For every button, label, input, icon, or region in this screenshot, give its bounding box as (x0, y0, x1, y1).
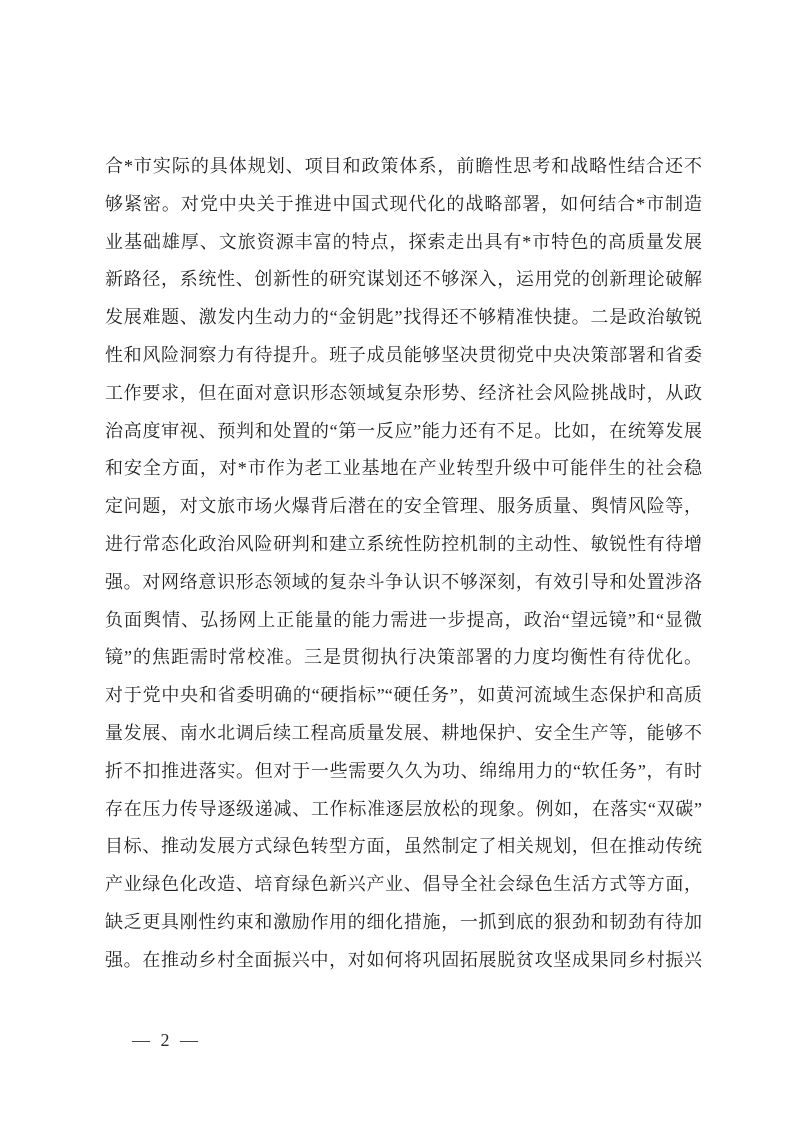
document-page: 合*市实际的具体规划、项目和政策体系，前瞻性思考和战略性结合还不够紧密。对党中央… (0, 0, 793, 1122)
document-body: 合*市实际的具体规划、项目和政策体系，前瞻性思考和战略性结合还不够紧密。对党中央… (105, 148, 702, 980)
text-line: 负面舆情、弘扬网上正能量的能力需进一步提高，政治“望远镜”和“显微 (105, 602, 702, 640)
text-line: 进行常态化政治风险研判和建立系统性防控机制的主动性、敏锐性有待增 (105, 526, 702, 564)
text-line: 发展难题、激发内生动力的“金钥匙”找得还不够精准快捷。二是政治敏锐 (105, 299, 702, 337)
text-line: 产业绿色化改造、培育绿色新兴产业、倡导全社会绿色生活方式等方面， (105, 866, 702, 904)
text-line: 目标、推动发展方式绿色转型方面，虽然制定了相关规划，但在推动传统 (105, 828, 702, 866)
text-line: 强。在推动乡村全面振兴中，对如何将巩固拓展脱贫攻坚成果同乡村振兴 (105, 942, 702, 980)
text-line: 和安全方面，对*市作为老工业基地在产业转型升级中可能伴生的社会稳 (105, 450, 702, 488)
text-line: 量发展、南水北调后续工程高质量发展、耕地保护、安全生产等，能够不 (105, 715, 702, 753)
text-line: 新路径，系统性、创新性的研究谋划还不够深入，运用党的创新理论破解 (105, 261, 702, 299)
text-line: 缺乏更具刚性约束和激励作用的细化措施，一抓到底的狠劲和韧劲有待加 (105, 904, 702, 942)
text-line: 存在压力传导逐级递减、工作标准逐层放松的现象。例如，在落实“双碳” (105, 791, 702, 829)
text-line: 够紧密。对党中央关于推进中国式现代化的战略部署，如何结合*市制造 (105, 186, 702, 224)
text-line: 工作要求，但在面对意识形态领域复杂形势、经济社会风险挑战时，从政 (105, 375, 702, 413)
text-line: 业基础雄厚、文旅资源丰富的特点，探索走出具有*市特色的高质量发展 (105, 224, 702, 262)
text-line: 性和风险洞察力有待提升。班子成员能够坚决贯彻党中央决策部署和省委 (105, 337, 702, 375)
text-line: 折不扣推进落实。但对于一些需要久久为功、绵绵用力的“软任务”，有时 (105, 753, 702, 791)
text-line: 治高度审视、预判和处置的“第一反应”能力还有不足。比如，在统筹发展 (105, 413, 702, 451)
page-number: — 2 — (132, 1028, 201, 1052)
text-line: 定问题，对文旅市场火爆背后潜在的安全管理、服务质量、舆情风险等， (105, 488, 702, 526)
text-line: 镜”的焦距需时常校准。三是贯彻执行决策部署的力度均衡性有待优化。 (105, 639, 702, 677)
text-line: 合*市实际的具体规划、项目和政策体系，前瞻性思考和战略性结合还不 (105, 148, 702, 186)
text-line: 对于党中央和省委明确的“硬指标”“硬任务”，如黄河流域生态保护和高质 (105, 677, 702, 715)
text-line: 强。对网络意识形态领域的复杂斗争认识不够深刻，有效引导和处置涉洛 (105, 564, 702, 602)
